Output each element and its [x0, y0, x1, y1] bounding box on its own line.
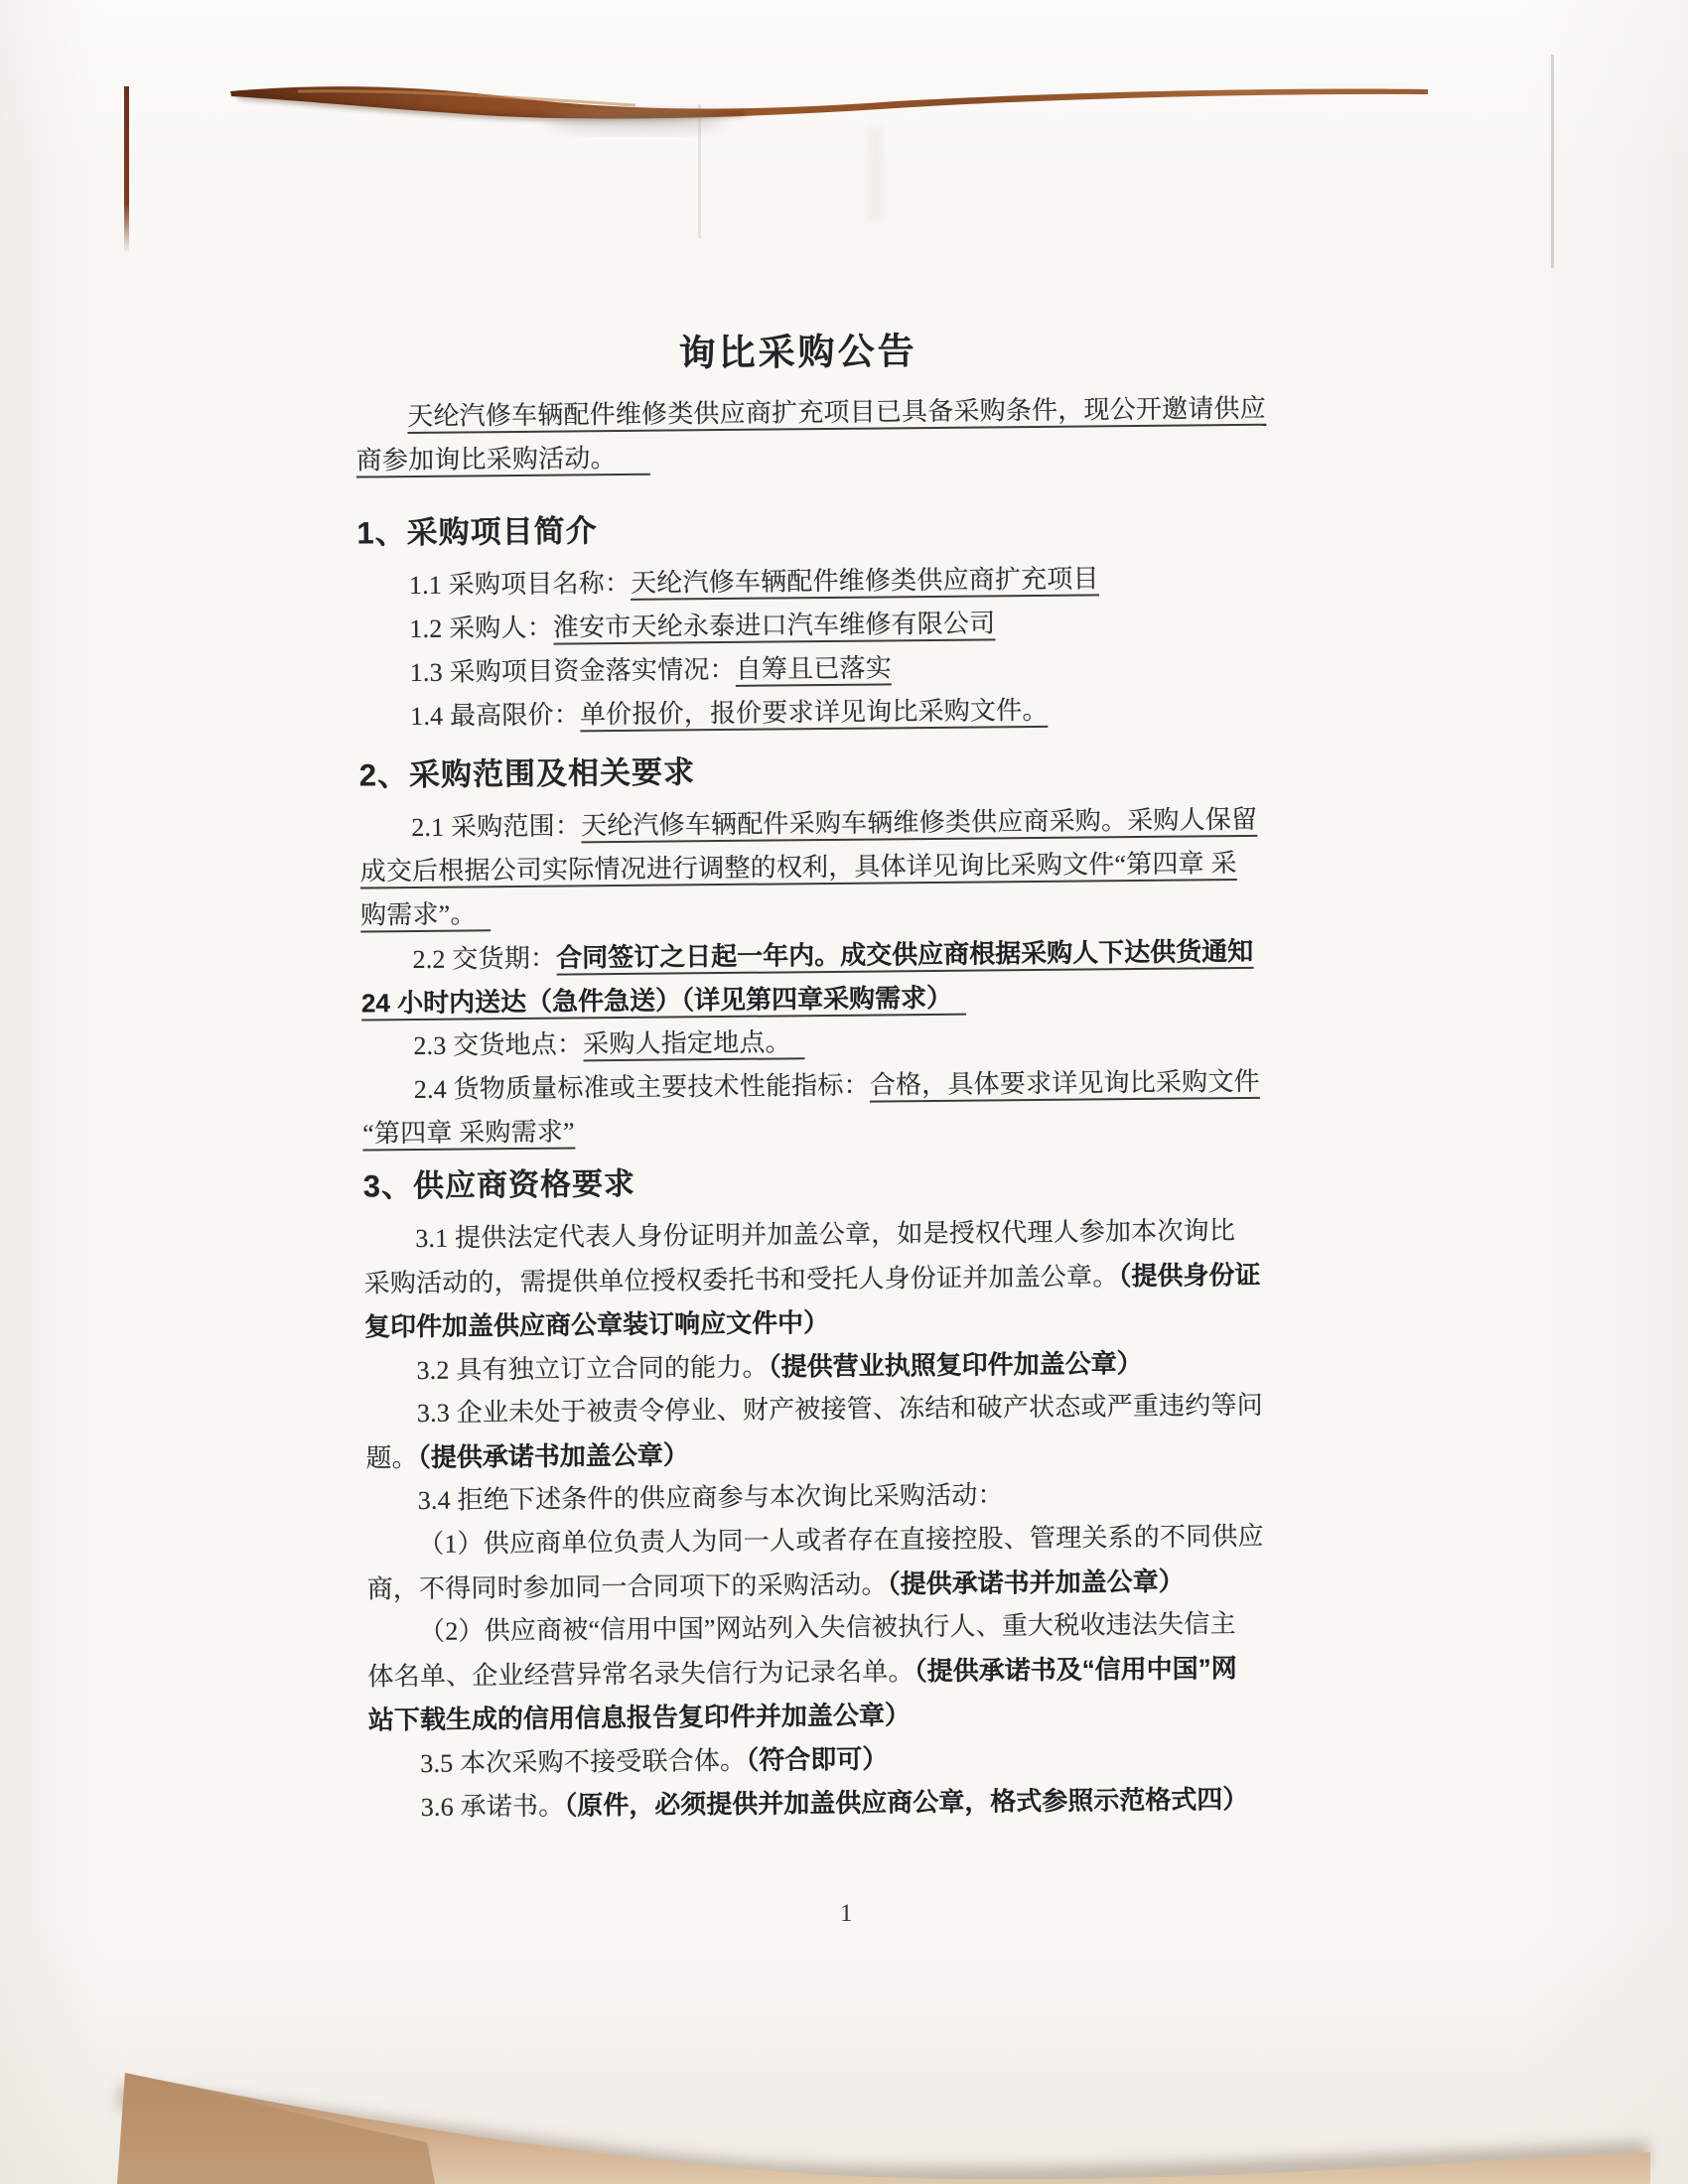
text-run: 商，不得同时参加同一合同项下的采购活动。 — [366, 1570, 887, 1603]
item-label: 2.3 交货地点： — [413, 1029, 583, 1060]
scan-artifact-left-line — [124, 86, 129, 253]
item-label: 2.1 采购范围： — [411, 811, 581, 842]
bold-text-run: （提供承诺书加盖公章） — [418, 1439, 689, 1472]
underlined-value: “第四章 采购需求” — [362, 1117, 575, 1151]
underlined-value: 天纶汽修车辆配件采购车辆维修类供应商采购。采购人保留 — [581, 805, 1257, 844]
page-number: 1 — [840, 1900, 853, 1928]
item-label: 1.4 最高限价： — [410, 700, 580, 731]
text-run: 3.3 企业未处于被责令停业、财产被接管、冻结和破产状态或严重违约等问 — [417, 1391, 1263, 1428]
bold-text-run: 站下载生成的信用信息报告复印件并加盖公章） — [368, 1700, 911, 1734]
bold-text-run: （提供身份证 — [1118, 1260, 1260, 1291]
bold-text-run: （符合即可） — [746, 1743, 888, 1774]
text-run: 3.6 承诺书。 — [421, 1792, 565, 1822]
text-run: 3.5 本次采购不接受联合体。 — [420, 1746, 746, 1778]
text-run: 体名单、企业经营异常名录失信行为记录名单。 — [367, 1657, 914, 1691]
bold-text-run: （提供承诺书并加盖公章） — [887, 1567, 1184, 1599]
text-run: 3.2 具有独立订立合同的能力。 — [416, 1353, 768, 1385]
underlined-value: 天纶汽修车辆配件维修类供应商扩充项目 — [631, 564, 1099, 601]
intro-line-1: 天纶汽修车辆配件维修类供应商扩充项目已具备采购条件，现公开邀请供应 — [355, 387, 1241, 440]
underlined-text-run: 商参加询比采购活动。 — [356, 444, 650, 478]
underlined-text-run: 天纶汽修车辆配件维修类供应商扩充项目已具备采购条件，现公开邀请供应 — [407, 394, 1266, 434]
bold-text-run: （原件，必须提供并加盖供应商公章，格式参照示范格式四） — [564, 1784, 1248, 1821]
item-2-1-line-2: 成交后根据公司实际情况进行调整的权利，具体详见询比采购文件“第四章 采 — [359, 842, 1245, 894]
item-label: 1.3 采购项目资金落实情况： — [410, 655, 736, 687]
paper-right-edge — [1551, 55, 1554, 268]
bold-text-run: 复印件加盖供应商公章装订响应文件中） — [364, 1307, 829, 1341]
underlined-value: 成交后根据公司实际情况进行调整的权利，具体详见询比采购文件“第四章 采 — [360, 849, 1237, 888]
underlined-value: 购需求”。 — [360, 899, 491, 932]
scan-artifact-top-band — [230, 86, 1428, 131]
underlined-value: 合格，具体要求详见询比采购文件 — [870, 1067, 1260, 1103]
section-3-heading: 3、供应商资格要求 — [362, 1154, 1248, 1212]
item-3-3-line-1: 3.3 企业未处于被责令停业、财产被接管、冻结和破产状态或严重违约等问 — [365, 1384, 1251, 1436]
item-label: 1.2 采购人： — [409, 614, 553, 643]
item-3-4-sub-2-line-2: 体名单、企业经营异常名录失信行为记录名单。（提供承诺书及“信用中国”网 — [367, 1646, 1253, 1699]
item-label: 2.2 交货期： — [412, 944, 556, 974]
paper-crease-marks — [698, 104, 883, 238]
item-2-4-line-2: “第四章 采购需求” — [362, 1104, 1248, 1157]
underlined-value: 采购人指定地点。 — [583, 1027, 805, 1061]
bold-underlined-value: 24 小时内送达（急件急送）（详见第四章采购需求） — [361, 983, 966, 1022]
item-1-4: 1.4 最高限价：单价报价，报价要求详见询比采购文件。 — [358, 687, 1244, 740]
text-run: （2）供应商被“信用中国”网站列入失信被执行人、重大税收违法失信主 — [419, 1609, 1236, 1646]
section-2-heading: 2、采购范围及相关要求 — [359, 743, 1245, 801]
intro-line-2: 商参加询比采购活动。 — [356, 431, 1242, 483]
bold-text-run: （提供承诺书及“信用中国”网 — [914, 1653, 1237, 1686]
text-run: （1）供应商单位负责人为同一人或者存在直接控股、管理关系的不同供应 — [418, 1522, 1264, 1559]
item-2-2-line-1: 2.2 交货期：合同签订之日起一年内。成交供应商根据采购人下达供货通知 — [360, 929, 1246, 982]
document-title: 询比采购公告 — [354, 322, 1240, 386]
document-page: 询比采购公告 天纶汽修车辆配件维修类供应商扩充项目已具备采购条件，现公开邀请供应… — [354, 322, 1254, 1829]
item-3-1-line-2: 采购活动的，需提供单位授权委托书和受托人身份证并加盖公章。（提供身份证 — [363, 1253, 1249, 1305]
underlined-value: 单价报价，报价要求详见询比采购文件。 — [580, 696, 1049, 733]
item-label: 2.4 货物质量标准或主要技术性能指标： — [414, 1071, 870, 1104]
underlined-value: 自筹且已落实 — [736, 653, 893, 687]
item-3-6: 3.6 承诺书。（原件，必须提供并加盖供应商公章，格式参照示范格式四） — [369, 1777, 1255, 1830]
underlined-value: 淮安市天纶永泰进口汽车维修有限公司 — [553, 609, 996, 644]
scan-artifact-bottom-table — [117, 2073, 1650, 2184]
bold-text-run: （提供营业执照复印件加盖公章） — [769, 1348, 1143, 1382]
bold-underlined-value: 合同签订之日起一年内。成交供应商根据采购人下达供货通知 — [556, 936, 1253, 976]
text-run: 题。 — [365, 1443, 418, 1473]
section-1-heading: 1、采购项目简介 — [356, 500, 1242, 559]
item-label: 1.1 采购项目名称： — [409, 569, 631, 600]
text-run: 3.4 拒绝下述条件的供应商参与本次询比采购活动： — [418, 1480, 1004, 1515]
text-run: 3.1 提供法定代表人身份证明并加盖公章，如是授权代理人参加本次询比 — [415, 1216, 1235, 1253]
text-run: 采购活动的，需提供单位授权委托书和受托人身份证并加盖公章。 — [364, 1262, 1119, 1297]
item-2-4-line-1: 2.4 货物质量标准或主要技术性能指标：合格，具体要求详见询比采购文件 — [362, 1060, 1248, 1113]
